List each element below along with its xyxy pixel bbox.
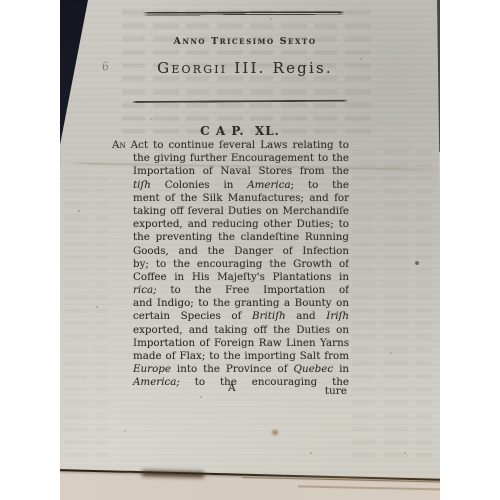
body-line: An Act to continue ſeveral Laws relating… (112, 139, 349, 152)
body-line: Goods, and the Danger of Infection there… (112, 245, 349, 258)
royal-title: Georgii III. Regis. (115, 59, 375, 77)
showthrough-text (352, 140, 432, 458)
white-letterbox-left (0, 0, 60, 500)
body-line: Europe into the Province of Quebec in (112, 363, 349, 376)
body-line: the preventing the clandeſtine Running o… (112, 231, 349, 244)
foxing-spot (272, 430, 278, 435)
body-line: taking off ſeveral Duties on Merchandiſe (112, 205, 349, 218)
body-line: exported, and taking off the Duties on t… (112, 324, 349, 337)
regnal-year-heading: Anno Tricesimo Sexto (120, 36, 370, 47)
body-line: by; to the encouraging the Growth of (112, 258, 349, 271)
showthrough-text (64, 168, 108, 458)
catchword: ture (325, 385, 347, 397)
body-line: ment of the Silk Manufactures; and for (112, 192, 349, 205)
divider-rule (132, 100, 348, 103)
white-letterbox-right (440, 0, 500, 500)
act-long-title: An Act to continue ſeveral Laws relating… (112, 139, 349, 390)
double-rule-top (143, 11, 345, 16)
document-page: Anno Tricesimo Sexto Georgii III. Regis.… (60, 0, 440, 500)
body-line: exported, and reducing other Duties; to (112, 218, 349, 231)
signature-mark: A (228, 382, 236, 394)
body-line: certain Species of Britiſh and Iriſh Lin… (112, 310, 349, 323)
direction-line: A ture (112, 382, 349, 398)
body-line: made of Flax; to the importing Salt from (112, 350, 349, 363)
underlying-sheet-edge (298, 485, 440, 490)
screenshot-root: { "document": { "anno_line": [ {"t":"Ann… (0, 0, 500, 500)
photograph-area: Anno Tricesimo Sexto Georgii III. Regis.… (60, 0, 440, 500)
chapter-heading: C A P. XL. (135, 124, 345, 138)
body-line: tiſh Colonies in America; to the Encoura… (112, 179, 349, 192)
body-line: Coffee in His Majeſty's Plantations in A… (112, 271, 349, 284)
pen-mark: 6 (101, 59, 111, 73)
body-line: Importation of Foreign Raw Linen Yarns (112, 337, 349, 350)
body-line: rica; to the Free Importation of Cochine… (112, 284, 349, 297)
body-line: and Indigo; to the granting a Bounty on (112, 297, 349, 310)
